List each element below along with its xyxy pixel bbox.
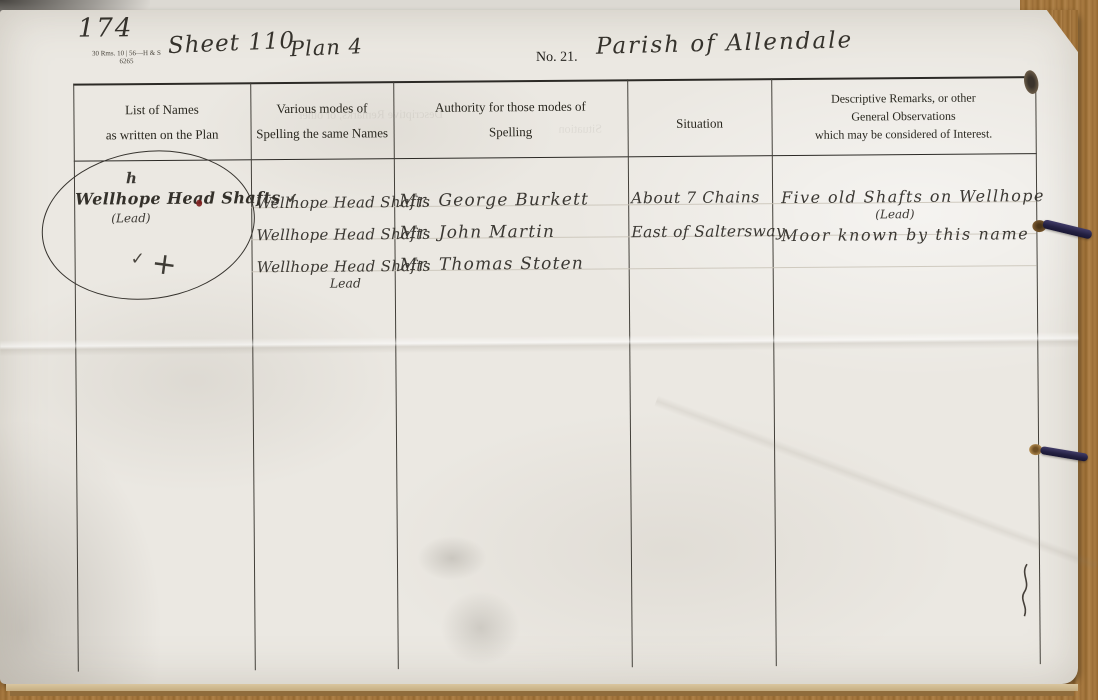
remarks-entry-line2: Moor known by this name (781, 224, 1029, 245)
diagonal-crease (654, 395, 1098, 571)
column-header-names-line1: List of Names (73, 96, 250, 122)
authority-entry-1: Mr. George Burkett (399, 190, 589, 211)
authority-entry-3: Mr. Thomas Stoten (400, 254, 584, 275)
name-superscript-correction: h (126, 169, 137, 187)
bleedthrough-text: Descriptive Remarks, or other (298, 107, 443, 123)
column-header-remarks-line2: General Observations (771, 106, 1035, 126)
column-header-situation: Situation (627, 110, 771, 136)
tear-mark-icon (1018, 562, 1036, 620)
review-plus-icon: + (149, 245, 179, 283)
printer-imprint-line1: 30 Rms. 10 | 56—H & S (92, 49, 161, 58)
column-header-names-line2: as written on the Plan (74, 121, 251, 147)
binding-thread (1040, 446, 1089, 462)
page-number: 174 (78, 13, 134, 43)
column-header-remarks-line1: Descriptive Remarks, or other (771, 88, 1035, 108)
smudge-stain (440, 590, 521, 666)
column-divider-3 (627, 79, 633, 667)
red-correction-mark (196, 200, 202, 207)
remarks-entry-line1: Five old Shafts on Wellhope (781, 186, 1045, 207)
spelling-note: Lead (330, 275, 361, 290)
table-left-border (73, 84, 79, 672)
page-stack-edge-dark (10, 691, 1074, 696)
column-header-remarks: Descriptive Remarks, or other General Ob… (771, 88, 1035, 144)
horizontal-crease (0, 332, 1078, 356)
sheet-label: Sheet 110 (167, 28, 295, 59)
plan-label: Plan 4 (289, 34, 363, 61)
page-content: 174 30 Rms. 10 | 56—H & S 6265 Sheet 110… (0, 6, 1081, 688)
column-header-remarks-line3: which may be considered of Interest. (772, 124, 1036, 144)
printer-imprint-line2: 6265 (92, 57, 161, 66)
record-number: No. 21. (536, 50, 578, 66)
plan-name-note: (Lead) (111, 211, 150, 225)
binding-thread (1042, 219, 1093, 239)
page-stack-edge (6, 684, 1078, 691)
table-header-separator (74, 153, 1037, 162)
printer-imprint: 30 Rms. 10 | 56—H & S 6265 (92, 49, 161, 66)
situation-entry-line2: East of Saltersway (631, 222, 785, 241)
column-divider-4 (771, 78, 777, 666)
desk-wood-background: { "page": { "number": "174", "imprint_li… (0, 0, 1098, 700)
column-header-names: List of Names as written on the Plan (73, 96, 250, 147)
column-divider-1 (250, 82, 256, 670)
plan-name-text: Wellhope Head Shafts (75, 188, 281, 209)
parish-title: Parish of Allendale (596, 27, 854, 60)
review-check-icon: ✓ (131, 249, 145, 269)
column-header-spellings-line2: Spelling the same Names (251, 120, 394, 146)
situation-entry-line1: About 7 Chains (631, 188, 760, 207)
authority-entry-2: Mr. John Martin (399, 222, 555, 243)
column-header-situation-line1: Situation (627, 110, 771, 136)
remarks-note: (Lead) (875, 207, 914, 221)
bleedthrough-text: Situation (559, 122, 602, 137)
smudge-stain (417, 535, 487, 581)
paper-sheet: 174 30 Rms. 10 | 56—H & S 6265 Sheet 110… (0, 10, 1078, 684)
table-top-border (73, 76, 1036, 86)
column-divider-2 (393, 81, 399, 669)
